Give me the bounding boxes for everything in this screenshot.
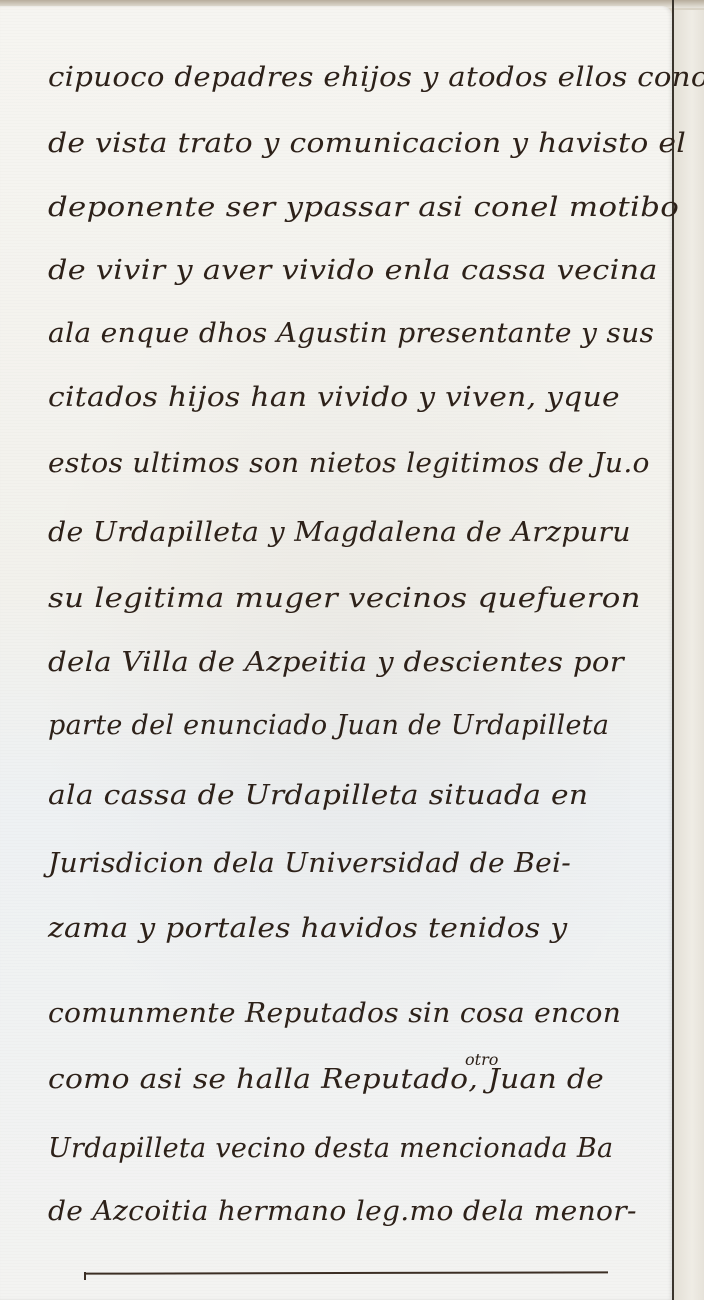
manuscript-line-7: estos ultimos son nietos legitimos de Ju… xyxy=(48,448,650,479)
ink-bleed-through xyxy=(30,306,630,1106)
manuscript-line-6: citados hijos han vivido y viven, yque xyxy=(48,382,620,413)
manuscript-line-15: comunmente Reputados sin cosa encon xyxy=(48,998,621,1029)
manuscript-line-16: como asi se halla Reputado, Juan de xyxy=(48,1064,604,1095)
manuscript-line-5: ala enque dhos Agustin presentante y sus xyxy=(48,318,654,349)
manuscript-line-18: de Azcoitia hermano leg.mo dela menor- xyxy=(48,1196,637,1227)
manuscript-line-14: zama y portales havidos tenidos y xyxy=(48,913,567,944)
manuscript-line-3: deponente ser ypassar asi conel motibo xyxy=(48,192,679,223)
interlinear-insertion: otro xyxy=(465,1050,498,1069)
manuscript-scan: cipuoco depadres ehijos y atodos ellos c… xyxy=(0,0,704,1300)
manuscript-line-2: de vista trato y comunicacion y havisto … xyxy=(48,128,686,159)
manuscript-line-9: su legitima muger vecinos quefueron xyxy=(48,583,641,614)
manuscript-line-12: ala cassa de Urdapilleta situada en xyxy=(48,780,588,811)
manuscript-line-11: parte del enunciado Juan de Urdapilleta xyxy=(48,710,609,741)
manuscript-line-13: Jurisdicion dela Universidad de Bei- xyxy=(48,848,571,879)
manuscript-line-10: dela Villa de Azpeitia y descientes por xyxy=(48,647,624,678)
manuscript-line-4: de vivir y aver vivido enla cassa vecina xyxy=(48,255,658,286)
closing-rule-tick xyxy=(84,1272,86,1280)
manuscript-line-17: Urdapilleta vecino desta mencionada Ba xyxy=(48,1133,613,1164)
manuscript-line-1: cipuoco depadres ehijos y atodos ellos c… xyxy=(48,62,704,93)
manuscript-line-8: de Urdapilleta y Magdalena de Arzpuru xyxy=(48,517,631,548)
